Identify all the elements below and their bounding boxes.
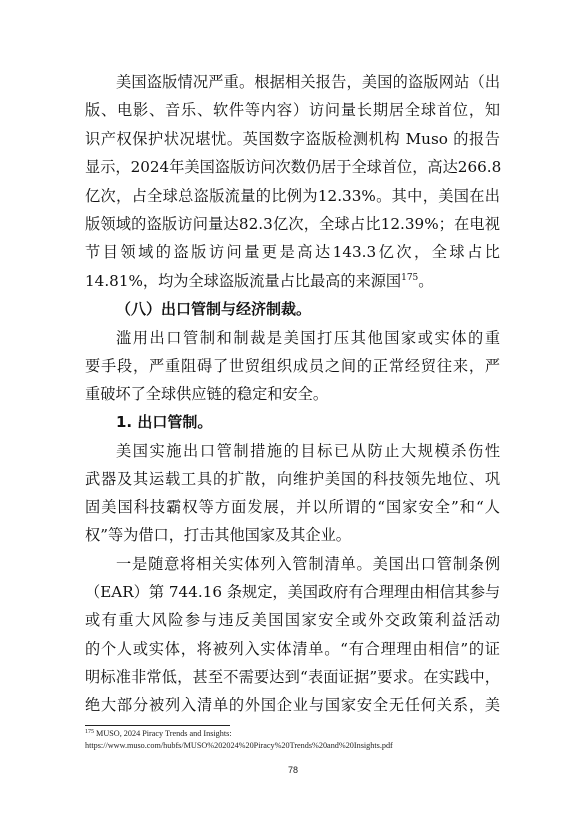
footnote-divider [85, 725, 230, 726]
body-text-line: 或有重大风险参与违反美国国家安全或外交政策利益活动 [85, 608, 500, 632]
body-text-line: 滥用出口管制和制裁是美国打压其他国家或实体的重 [116, 326, 500, 350]
body-text-line: 亿次，占全球总盗版流量的比例为12.33%。其中，美国在出 [85, 184, 500, 208]
body-text-line: 美国实施出口管制措施的目标已从防止大规模杀伤性 [116, 439, 500, 463]
body-text-line: 显示，2024年美国盗版访问次数仍居于全球首位，高达266.8 [85, 155, 500, 179]
section-heading: （八）出口管制与经济制裁。 [116, 297, 500, 321]
body-text-line: 权”等为借口，打击其他国家及其企业。 [85, 523, 500, 547]
body-text-line: 要手段，严重阻碍了世贸组织成员之间的正常经贸往来，严 [85, 354, 500, 378]
body-text-line: 识产权保护状况堪忧。英国数字盗版检测机构 Muso 的报告 [85, 127, 500, 151]
body-text-line: 节目领域的盗版访问量更是高达143.3亿次，全球占比 [85, 240, 500, 264]
footnote-number: 175 [85, 729, 94, 735]
footnote-reference[interactable]: 175 [401, 273, 418, 283]
body-text-line: 版、电影、音乐、软件等内容）访问量长期居全球首位，知 [85, 98, 500, 122]
subsection-heading: 1. 出口管制。 [116, 410, 500, 434]
footnote-url[interactable]: https://www.muso.com/hubfs/MUSO%202024%2… [85, 741, 393, 750]
body-text-line: 固美国科技霸权等方面发展，并以所谓的“国家安全”和“人 [85, 495, 500, 519]
body-text-line: 重破坏了全球供应链的稳定和安全。 [85, 382, 500, 406]
body-text-line: 绝大部分被列入清单的外国企业与国家安全无任何关系，美 [85, 693, 500, 717]
body-text-line: （EAR）第 744.16 条规定，美国政府有合理理由相信其参与 [85, 580, 500, 604]
footnote-title: MUSO, 2024 Piracy Trends and Insights: [94, 729, 232, 738]
body-text: 14.81%，均为全球盗版流量占比最高的来源国 [85, 272, 401, 290]
body-text-line: 明标准非常低，甚至不需要达到“表面证据”要求。在实践中， [85, 665, 500, 689]
page-number: 78 [0, 765, 586, 775]
body-text-line: 武器及其运载工具的扩散，向维护美国的科技领先地位、巩 [85, 467, 500, 491]
body-text-line: 的个人或实体，将被列入实体清单。“有合理理由相信”的证 [85, 637, 500, 661]
punctuation: 。 [418, 272, 433, 290]
body-text-line: 版领域的盗版访问量达82.3亿次，全球占比12.39%；在电视 [85, 212, 500, 236]
body-text-line-with-footnote: 14.81%，均为全球盗版流量占比最高的来源国175。 [85, 269, 500, 293]
body-text-line: 美国盗版情况严重。根据相关报告，美国的盗版网站（出 [116, 70, 500, 94]
body-text-line: 一是随意将相关实体列入管制清单。美国出口管制条例 [116, 552, 500, 576]
footnote-citation: 175 MUSO, 2024 Piracy Trends and Insight… [85, 729, 232, 738]
